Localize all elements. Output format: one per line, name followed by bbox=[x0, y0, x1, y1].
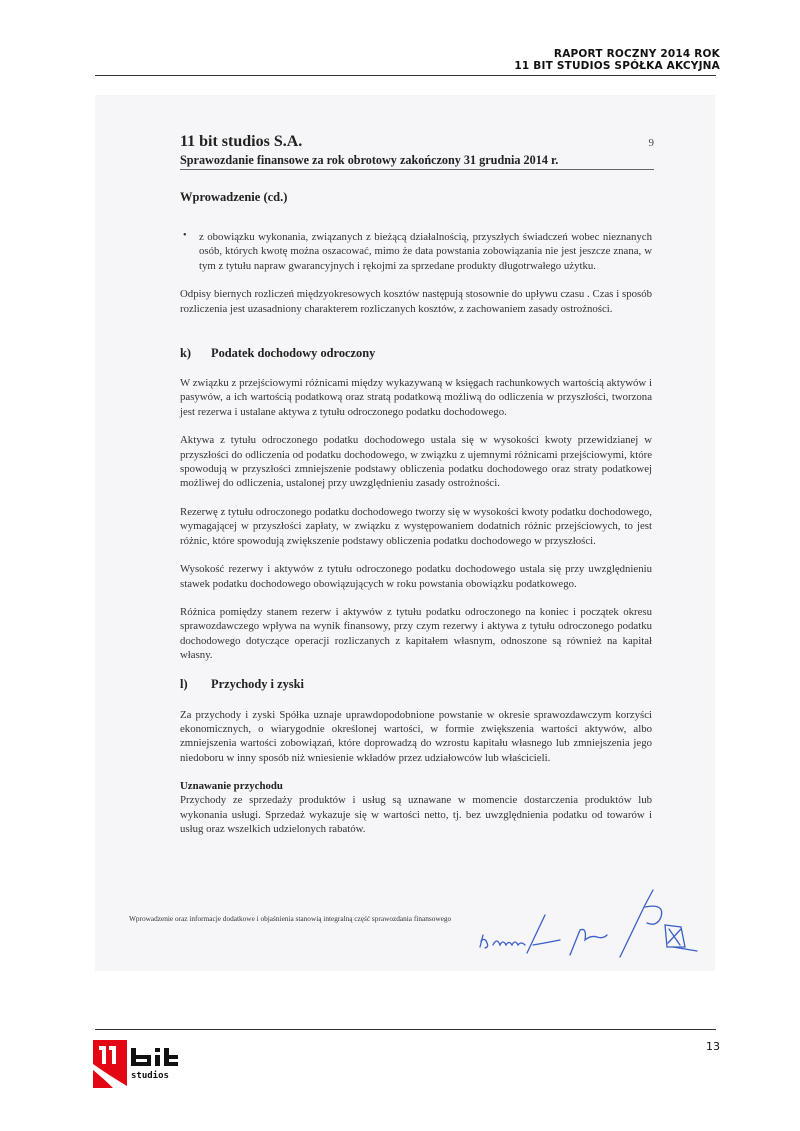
scanned-page: 9 11 bit studios S.A. Sprawozdanie finan… bbox=[95, 95, 715, 971]
paragraph-odpisy: Odpisy biernych rozliczeń międzyokresowy… bbox=[180, 287, 652, 316]
section-k-letter: k) bbox=[180, 346, 211, 361]
company-name: 11 BIT STUDIOS SPÓŁKA AKCYJNA bbox=[514, 60, 720, 72]
report-title: RAPORT ROCZNY 2014 ROK bbox=[514, 48, 720, 60]
section-l-title: Przychody i zyski bbox=[211, 677, 304, 692]
section-l-letter: l) bbox=[180, 677, 211, 692]
inner-page-number: 9 bbox=[649, 137, 655, 149]
paragraph: Rezerwę z tytułu odroczonego podatku doc… bbox=[180, 505, 652, 548]
revenue-recognition-heading: Uznawanie przychodu bbox=[180, 779, 652, 793]
section-k-title: Podatek dochodowy odroczony bbox=[211, 346, 375, 361]
11bit-studios-logo-icon: studios bbox=[93, 1040, 213, 1088]
page-number: 13 bbox=[706, 1040, 720, 1053]
report-header: RAPORT ROCZNY 2014 ROK 11 BIT STUDIOS SP… bbox=[514, 48, 720, 72]
paragraph: Wysokość rezerwy i aktywów z tytułu odro… bbox=[180, 562, 652, 591]
bullet-text: z obowiązku wykonania, związanych z bież… bbox=[199, 230, 652, 273]
header-divider bbox=[95, 75, 716, 76]
svg-text:studios: studios bbox=[131, 1070, 169, 1081]
bullet-icon: • bbox=[183, 230, 187, 241]
scan-company-title: 11 bit studios S.A. bbox=[180, 133, 652, 151]
paragraph: Za przychody i zyski Spółka uznaje upraw… bbox=[180, 708, 652, 766]
scan-title-rule bbox=[180, 169, 654, 170]
section-k-heading: k) Podatek dochodowy odroczony bbox=[180, 346, 652, 361]
paragraph: Przychody ze sprzedaży produktów i usług… bbox=[180, 793, 652, 836]
paragraph: W związku z przejściowymi różnicami międ… bbox=[180, 376, 652, 419]
scanned-content: 9 11 bit studios S.A. Sprawozdanie finan… bbox=[180, 133, 652, 836]
section-l-heading: l) Przychody i zyski bbox=[180, 677, 652, 692]
bullet-item: • z obowiązku wykonania, związanych z bi… bbox=[180, 230, 652, 273]
paragraph: Aktywa z tytułu odroczonego podatku doch… bbox=[180, 433, 652, 491]
paragraph: Różnica pomiędzy stanem rezerw i aktywów… bbox=[180, 605, 652, 663]
scan-footnote: Wprowadzenie oraz informacje dodatkowe i… bbox=[129, 914, 451, 923]
scan-subtitle: Sprawozdanie finansowe za rok obrotowy z… bbox=[180, 153, 652, 168]
footer-divider bbox=[95, 1029, 716, 1030]
signatures-icon bbox=[475, 885, 705, 960]
intro-heading: Wprowadzenie (cd.) bbox=[180, 190, 652, 205]
